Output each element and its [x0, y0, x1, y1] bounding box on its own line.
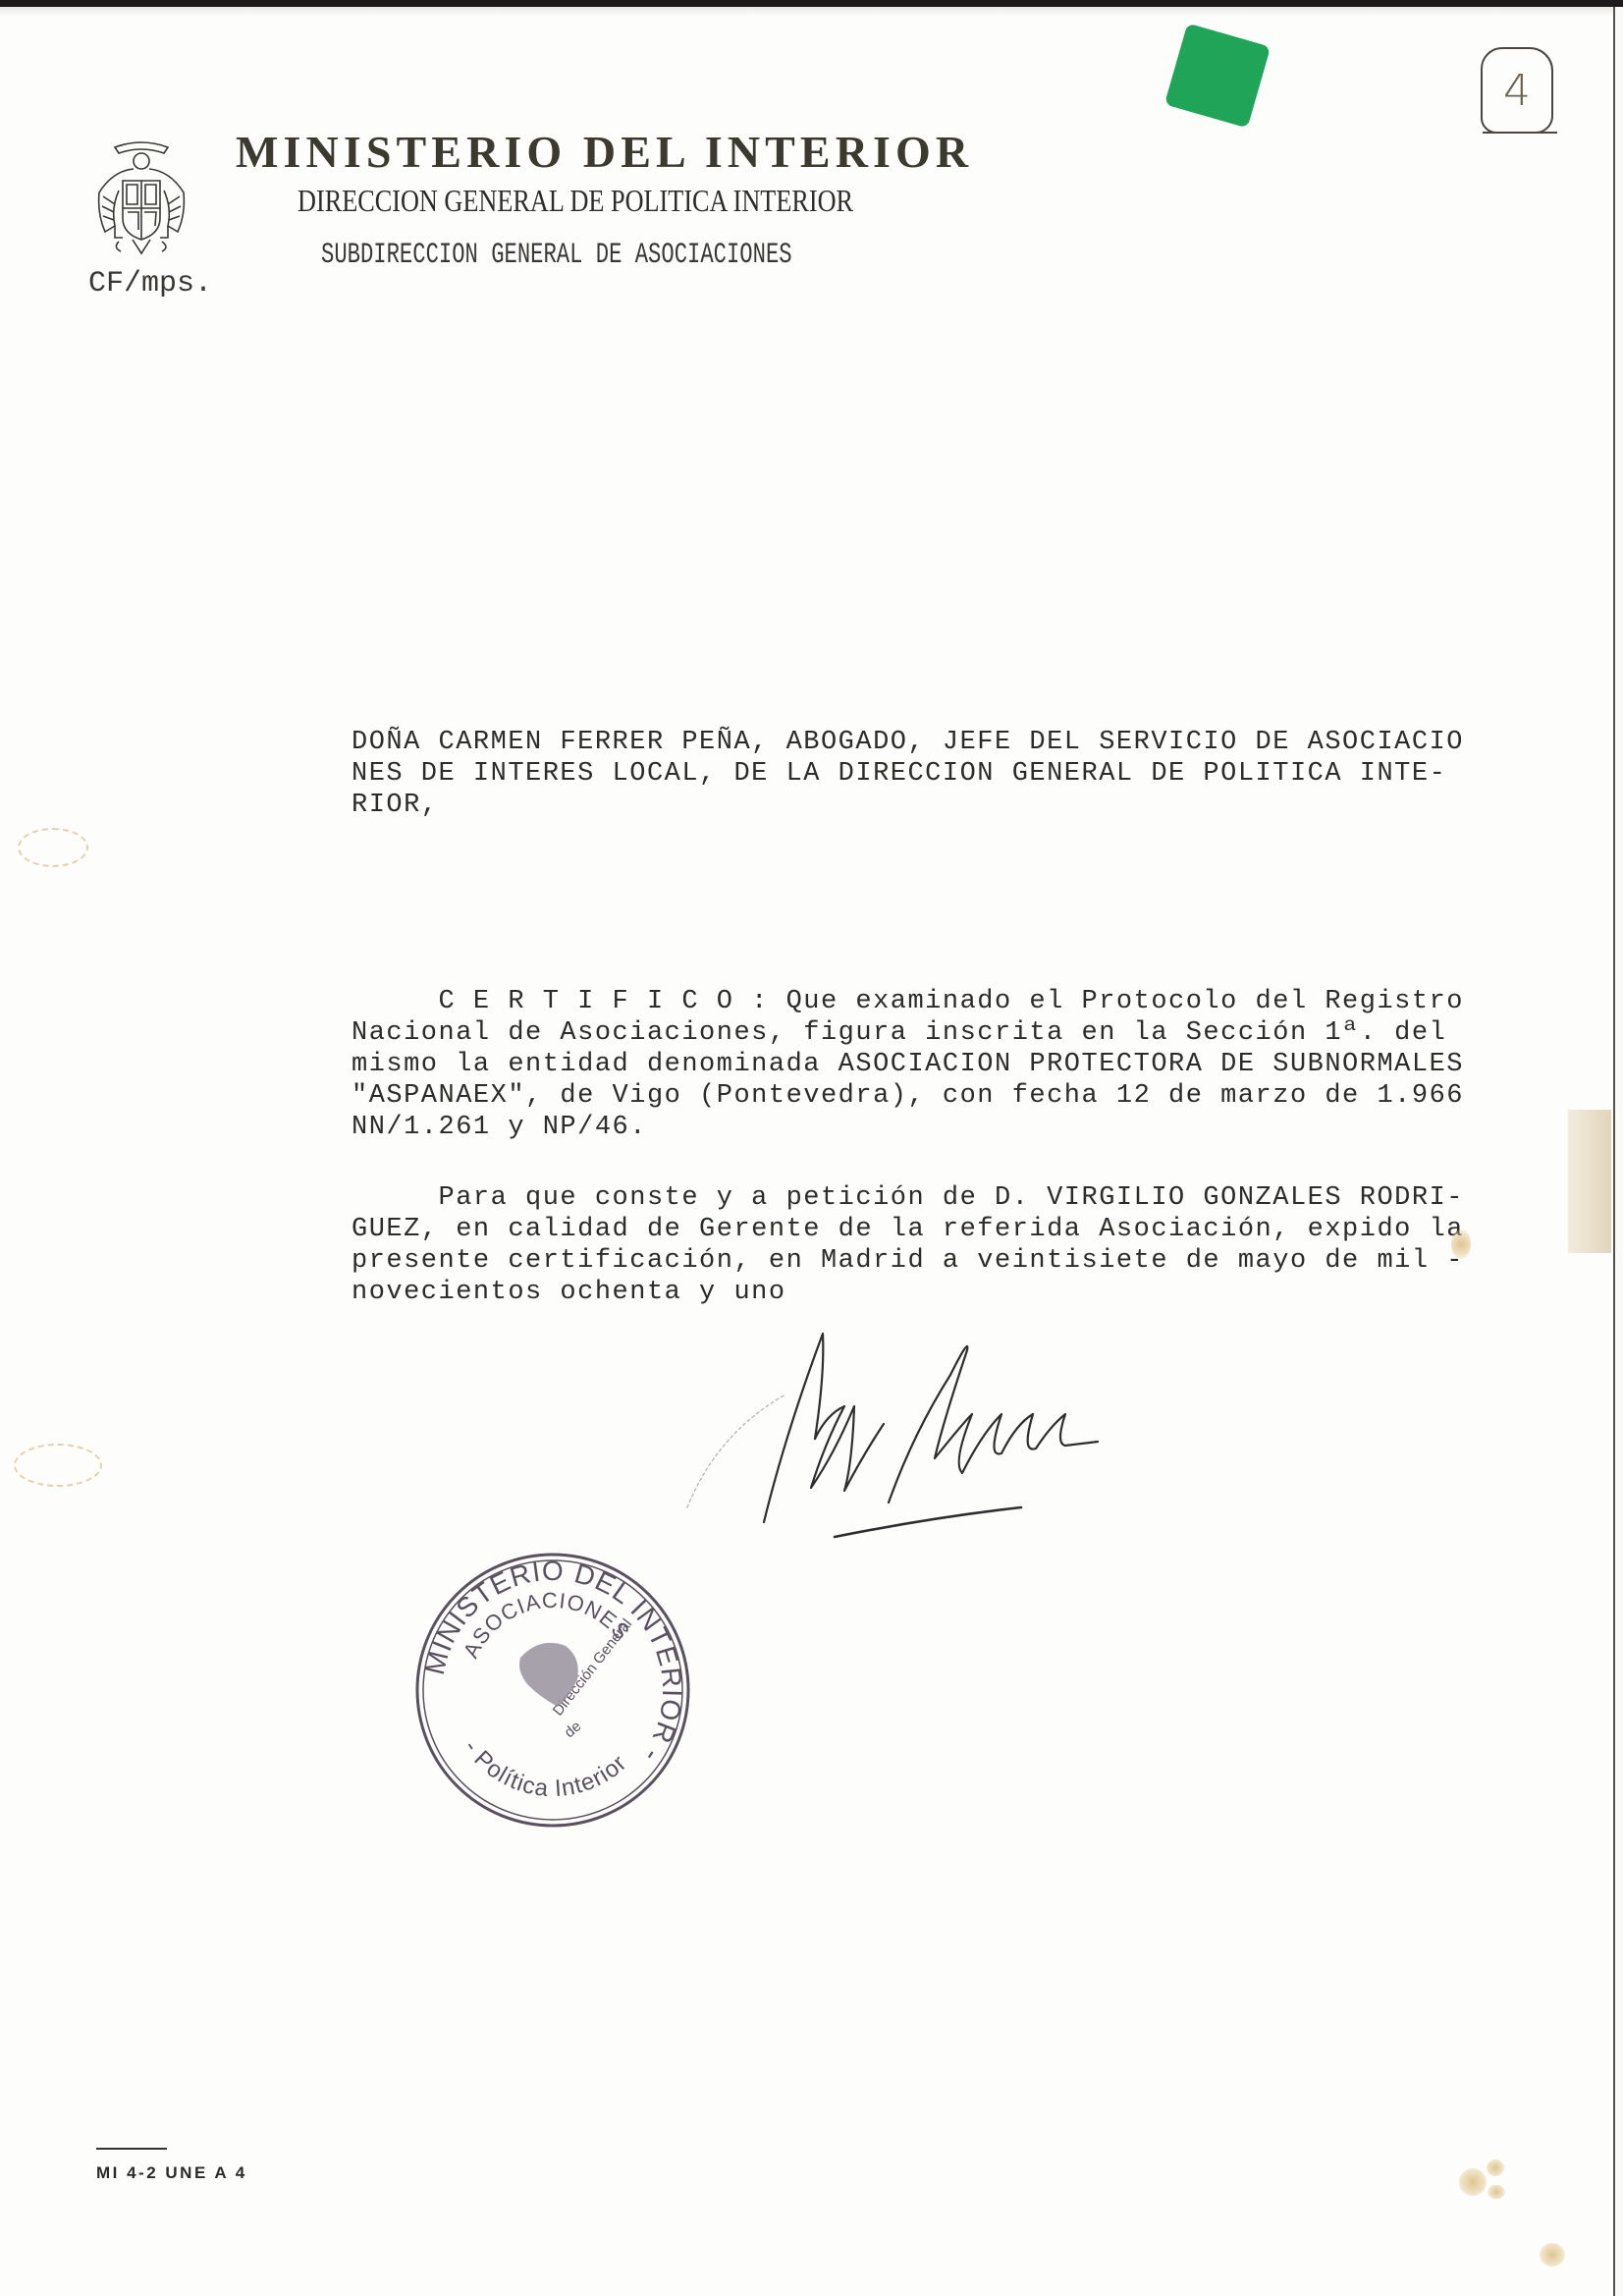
footer-rule: [96, 2148, 167, 2150]
reference-code: CF/mps.: [88, 267, 212, 301]
ministry-title: MINISTERIO DEL INTERIOR: [236, 126, 973, 178]
coat-of-arms-icon: [93, 136, 189, 261]
stamp-bottom-text: - Política Interior: [459, 1735, 632, 1802]
page-number-underline: [1483, 132, 1557, 134]
subdirectorate-title: SUBDIRECCION GENERAL DE ASOCIACIONES: [321, 239, 792, 272]
handwritten-signature: [677, 1316, 1100, 1542]
punch-hole-mark: [14, 1444, 102, 1487]
paper-stain: [1488, 2185, 1505, 2199]
certification-paragraph: C E R T I F I C O : Que examinado el Pro…: [352, 986, 1490, 1143]
stamp-center-de: de: [562, 1718, 585, 1741]
certifier-paragraph: DOÑA CARMEN FERRER PEÑA, ABOGADO, JEFE D…: [352, 727, 1490, 821]
paper-stain: [1540, 2243, 1565, 2267]
scan-top-border: [0, 0, 1623, 7]
handwritten-page-number: 4: [1481, 47, 1553, 134]
paper-stain: [1487, 2159, 1504, 2176]
form-code: MI 4-2 UNE A 4: [96, 2163, 247, 2183]
paper-stain: [1451, 1230, 1471, 1259]
scan-right-border: [1613, 7, 1623, 2296]
page-edge: [0, 7, 1613, 17]
green-tab-marker: [1164, 24, 1271, 129]
paper-stain: [1459, 2168, 1487, 2196]
official-stamp: MINISTERIO DEL INTERIOR - ASOCIACIONES -…: [412, 1550, 693, 1831]
directorate-title: DIRECCION GENERAL DE POLITICA INTERIOR: [298, 183, 853, 219]
punch-hole-mark: [18, 828, 88, 867]
issuance-paragraph: Para que conste y a petición de D. VIRGI…: [352, 1182, 1490, 1308]
svg-text:- Política Interior: - Política Interior: [459, 1735, 632, 1802]
paper-stain: [1568, 1110, 1611, 1253]
